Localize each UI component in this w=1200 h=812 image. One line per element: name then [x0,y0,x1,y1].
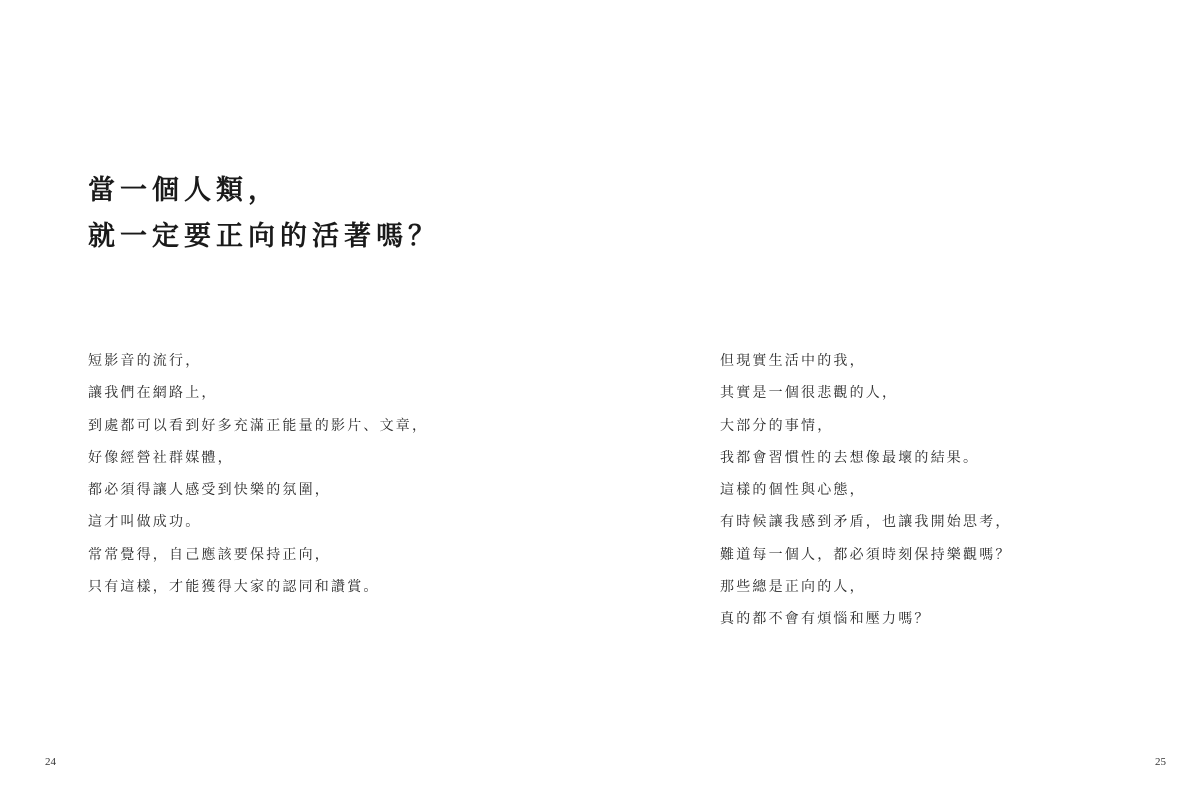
title-line: 就一定要正向的活著嗎？ [88,214,440,260]
text-line: 難道每一個人，都必須時刻保持樂觀嗎？ [720,539,1012,571]
text-line: 其實是一個很悲觀的人， [720,377,1012,409]
chapter-title: 當一個人類， 就一定要正向的活著嗎？ [88,168,440,260]
text-line: 有時候讓我感到矛盾，也讓我開始思考， [720,506,1012,538]
text-line: 大部分的事情， [720,410,1012,442]
text-line: 讓我們在網路上， [88,377,428,409]
page-number-left: 24 [45,756,56,768]
text-line: 這樣的個性與心態， [720,474,1012,506]
text-line: 只有這樣，才能獲得大家的認同和讚賞。 [88,571,428,603]
text-line: 真的都不會有煩惱和壓力嗎？ [720,603,1012,635]
title-line: 當一個人類， [88,168,440,214]
left-page: 當一個人類， 就一定要正向的活著嗎？ 短影音的流行， 讓我們在網路上， 到處都可… [0,0,600,812]
right-body-text: 但現實生活中的我， 其實是一個很悲觀的人， 大部分的事情， 我都會習慣性的去想像… [720,345,1012,636]
text-line: 短影音的流行， [88,345,428,377]
text-line: 這才叫做成功。 [88,506,428,538]
text-line: 都必須得讓人感受到快樂的氛圍， [88,474,428,506]
text-line: 那些總是正向的人， [720,571,1012,603]
text-line: 到處都可以看到好多充滿正能量的影片、文章， [88,410,428,442]
left-body-text: 短影音的流行， 讓我們在網路上， 到處都可以看到好多充滿正能量的影片、文章， 好… [88,345,428,603]
text-line: 好像經營社群媒體， [88,442,428,474]
page-number-right: 25 [1155,756,1166,768]
text-line: 我都會習慣性的去想像最壞的結果。 [720,442,1012,474]
text-line: 但現實生活中的我， [720,345,1012,377]
text-line: 常常覺得，自己應該要保持正向， [88,539,428,571]
right-page: 但現實生活中的我， 其實是一個很悲觀的人， 大部分的事情， 我都會習慣性的去想像… [600,0,1200,812]
book-spread: 當一個人類， 就一定要正向的活著嗎？ 短影音的流行， 讓我們在網路上， 到處都可… [0,0,1200,812]
